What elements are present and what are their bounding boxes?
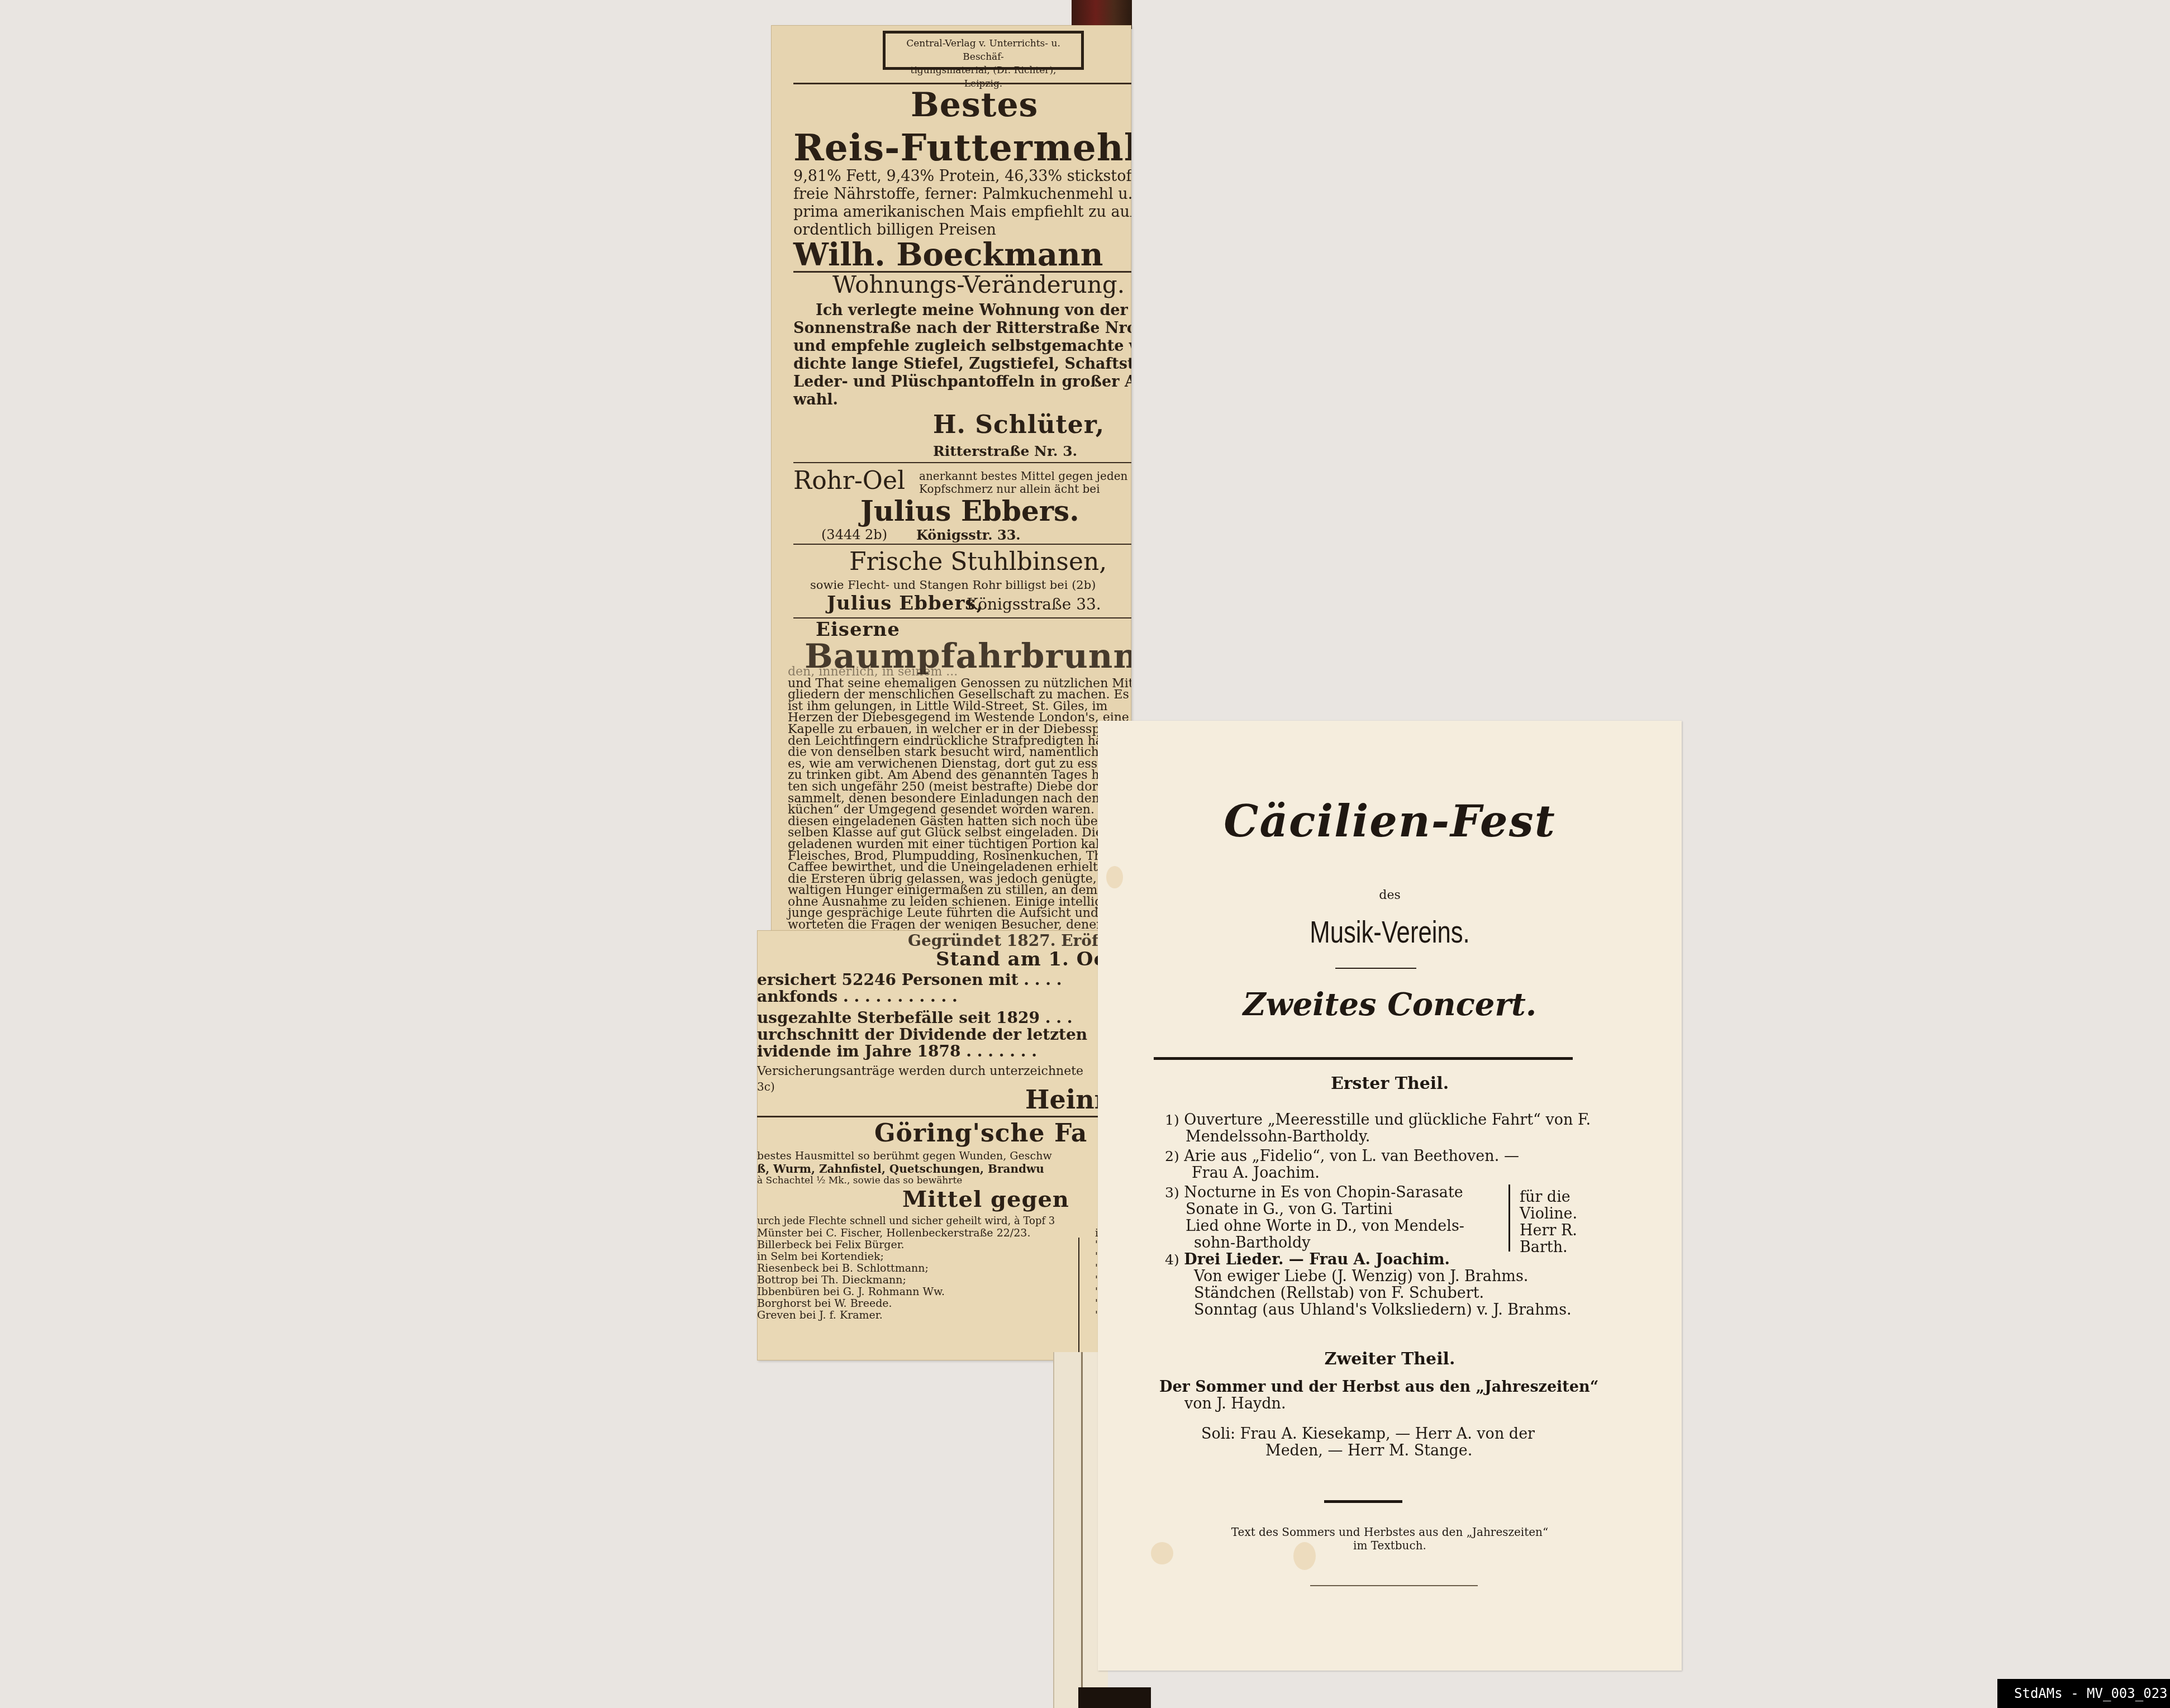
insurance-row: ankfonds . . . . . . . . . . . — [757, 987, 958, 1006]
insurance-signature: Heinr — [1025, 1084, 1108, 1115]
ad-reis-text: prima amerikanischen Mais empfiehlt zu a… — [793, 203, 1131, 221]
item-line: Von ewiger Liebe (J. Wenzig) von J. Brah… — [1165, 1268, 1528, 1285]
work-line: von J. Haydn. — [1159, 1395, 1286, 1412]
ad-reis-signature: Wilh. Boeckmann — [793, 236, 1103, 273]
part1-heading: Erster Theil. — [1098, 1074, 1682, 1093]
divider — [1310, 1585, 1478, 1586]
dealer-item: Ibbenbüren bei G. J. Rohmann Ww. — [757, 1286, 1030, 1298]
program-item-3: 3) Nocturne in Es von Chopin-Sarasate So… — [1165, 1184, 1464, 1252]
newspaper-clipping-upper: Central-Verlag v. Unterrichts- u. Beschä… — [771, 25, 1131, 941]
dealer-item: Greven bei J. f. Kramer. — [757, 1310, 1030, 1321]
item-line: Arie aus „Fidelio“, von L. van Beethoven… — [1184, 1148, 1519, 1165]
insurance-row: ersichert 52246 Personen mit . . . . — [757, 970, 1062, 989]
ad-rohroel-text: anerkannt bestes Mittel gegen jeden — [919, 469, 1127, 483]
item-line: Lied ohne Worte in D., von Mendels- — [1165, 1217, 1464, 1235]
item-number: 3) — [1165, 1184, 1179, 1201]
divider — [1324, 1500, 1402, 1503]
concert-program: Cäcilien-Fest des Musik-Vereins. Zweites… — [1098, 721, 1682, 1671]
column-divider — [1078, 1238, 1079, 1360]
goering-title: Göring'sche Fa — [874, 1119, 1087, 1148]
item-3-aside: für die Violine. Herr R. Barth. — [1520, 1189, 1577, 1256]
ad-stuhlbinsen-signature: Julius Ebbers, — [827, 592, 983, 615]
archive-label: StdAMs - MV_003_023 — [1997, 1679, 2170, 1708]
stain — [1106, 866, 1123, 888]
ad-rohroel-code: (3444 2b) — [821, 527, 887, 543]
divider — [1335, 968, 1416, 969]
publisher-box: Central-Verlag v. Unterrichts- u. Beschä… — [883, 31, 1084, 70]
program-item-2: 2) Arie aus „Fidelio“, von L. van Beetho… — [1165, 1148, 1519, 1182]
divider — [757, 1116, 1115, 1117]
program-concert: Zweites Concert. — [1098, 986, 1682, 1023]
goering-subtitle: Mittel gegen — [902, 1186, 1069, 1212]
divider — [793, 83, 1131, 84]
insurance-note: Versicherungsanträge werden durch unterz… — [757, 1064, 1083, 1078]
ad-wohnung-text: und empfehle zugleich selbstgemachte was… — [793, 337, 1131, 355]
item-line: Ständchen (Rellstab) von F. Schubert. — [1165, 1284, 1484, 1302]
part2-soli: Soli: Frau A. Kiesekamp, — Herr A. von d… — [1201, 1426, 1535, 1459]
item-line: Nocturne in Es von Chopin-Sarasate — [1184, 1184, 1463, 1201]
divider — [793, 544, 1131, 545]
ad-wohnung-text: Sonnenstraße nach der Ritterstraße Nro. — [793, 320, 1131, 337]
item-line: Sonntag (aus Uhland's Volksliedern) v. J… — [1165, 1301, 1572, 1319]
insurance-code: 3c) — [757, 1080, 775, 1093]
soli-line: Soli: Frau A. Kiesekamp, — Herr A. von d… — [1201, 1425, 1535, 1443]
ad-reis-text: 9,81% Fett, 9,43% Protein, 46,33% sticks… — [793, 168, 1131, 185]
program-society: Musik-Vereins. — [1162, 914, 1617, 950]
soli-line: Meden, — Herr M. Stange. — [1201, 1442, 1472, 1459]
dealer-item: Münster bei C. Fischer, Hollenbeckerstra… — [757, 1228, 1030, 1239]
ad-wohnung-title: Wohnungs-Veränderung. — [832, 271, 1125, 298]
footnote-line: Text des Sommers und Herbstes aus den „J… — [1098, 1525, 1682, 1539]
aside-line: Violine. — [1520, 1206, 1577, 1222]
ad-reis-text: freie Nährstoffe, ferner: Palmkuchenmehl… — [793, 185, 1131, 203]
goering-text: ß, Wurm, Zahnfistel, Quetschungen, Brand… — [757, 1162, 1044, 1176]
item-line: Frau A. Joachim. — [1165, 1164, 1320, 1182]
divider — [793, 462, 1131, 463]
program-item-1: 1) Ouverture „Meeresstille und glücklich… — [1165, 1112, 1591, 1145]
footnote-line: im Textbuch. — [1098, 1539, 1682, 1552]
program-item-4: 4) Drei Lieder. — Frau A. Joachim. Von e… — [1165, 1252, 1572, 1319]
insurance-row: ividende im Jahre 1878 . . . . . . . — [757, 1042, 1037, 1060]
work-line: Der Sommer und der Herbst aus den „Jahre… — [1159, 1378, 1598, 1396]
ad-rohroel-title: Rohr-Oel — [793, 467, 905, 495]
dealer-item: Bottrop bei Th. Dieckmann; — [757, 1274, 1030, 1286]
ad-wohnung-text: Leder- und Plüschpantoffeln in großer Au… — [793, 373, 1131, 391]
news-article: den, innerlich, in seinem ... und That s… — [788, 667, 1131, 941]
dealer-item: Riesenbeck bei B. Schlottmann; — [757, 1263, 1030, 1274]
item-line: Drei Lieder. — Frau A. Joachim. — [1184, 1251, 1450, 1268]
ad-reis-line2: Reis-Futtermehl. — [793, 126, 1131, 169]
dealer-list: Münster bei C. Fischer, Hollenbeckerstra… — [757, 1228, 1030, 1321]
ad-wohnung-address: Ritterstraße Nr. 3. — [933, 443, 1077, 459]
ad-rohroel-text: Kopfschmerz nur allein ächt bei — [919, 482, 1100, 496]
ad-wohnung-text: Ich verlegte meine Wohnung von der — [816, 302, 1128, 320]
item-number: 1) — [1165, 1112, 1179, 1128]
aside-line: für die — [1520, 1189, 1577, 1206]
item-number: 4) — [1165, 1252, 1179, 1268]
ad-rohroel-signature: Julius Ebbers. — [860, 494, 1079, 527]
part2-heading: Zweiter Theil. — [1098, 1349, 1682, 1369]
insurance-heading: Stand am 1. Oct — [936, 948, 1115, 970]
dealer-item: Billerbeck bei Felix Bürger. — [757, 1239, 1030, 1251]
item-line: Ouverture „Meeresstille und glückliche F… — [1184, 1111, 1591, 1129]
item-line: Mendelssohn-Bartholdy. — [1165, 1128, 1370, 1145]
aside-line: Herr R. — [1520, 1222, 1577, 1239]
ad-wohnung-text: dichte lange Stiefel, Zugstiefel, Schaft… — [793, 355, 1131, 373]
item-line: Sonate in G., von G. Tartini — [1165, 1201, 1392, 1218]
insurance-founded: Gegründet 1827. Eröffnet — [908, 931, 1115, 950]
ad-stuhlbinsen-address: Königsstraße 33. — [967, 595, 1101, 613]
publisher-line: Central-Verlag v. Unterrichts- u. Beschä… — [891, 37, 1076, 64]
goering-text: à Schachtel ½ Mk., sowie das so bewährte — [757, 1175, 962, 1186]
program-title: Cäcilien-Fest — [1098, 796, 1682, 847]
insurance-row: urchschnitt der Dividende der letzten — [757, 1025, 1087, 1044]
program-footnote: Text des Sommers und Herbstes aus den „J… — [1098, 1525, 1682, 1552]
ad-rohroel-address: Königsstr. 33. — [916, 527, 1021, 543]
newspaper-clipping-lower: Gegründet 1827. Eröffnet Stand am 1. Oct… — [757, 930, 1115, 1360]
dealer-item: in Selm bei Kortendiek; — [757, 1251, 1030, 1263]
program-des: des — [1098, 888, 1682, 902]
ad-stuhlbinsen-text: sowie Flecht- und Stangen Rohr billigst … — [810, 578, 1096, 592]
brace — [1508, 1184, 1515, 1252]
ad-stuhlbinsen-title: Frische Stuhlbinsen, — [849, 548, 1107, 576]
binding-shadow — [1078, 1687, 1151, 1708]
goering-text: bestes Hausmittel so berühmt gegen Wunde… — [757, 1150, 1052, 1162]
part2-work: Der Sommer und der Herbst aus den „Jahre… — [1159, 1379, 1598, 1412]
dealer-item: Borghorst bei W. Breede. — [757, 1298, 1030, 1310]
item-number: 2) — [1165, 1148, 1179, 1164]
insurance-row: usgezahlte Sterbefälle seit 1829 . . . — [757, 1008, 1073, 1027]
divider — [1154, 1057, 1573, 1060]
ad-reis-line1: Bestes — [911, 85, 1038, 125]
ad-wohnung-text: wahl. — [793, 391, 838, 409]
ad-wohnung-signature: H. Schlüter, — [933, 411, 1105, 439]
goering-subtext: urch jede Flechte schnell und sicher geh… — [757, 1215, 1055, 1227]
item-line: sohn-Bartholdy — [1165, 1234, 1311, 1252]
binding-strip — [1053, 1352, 1082, 1708]
